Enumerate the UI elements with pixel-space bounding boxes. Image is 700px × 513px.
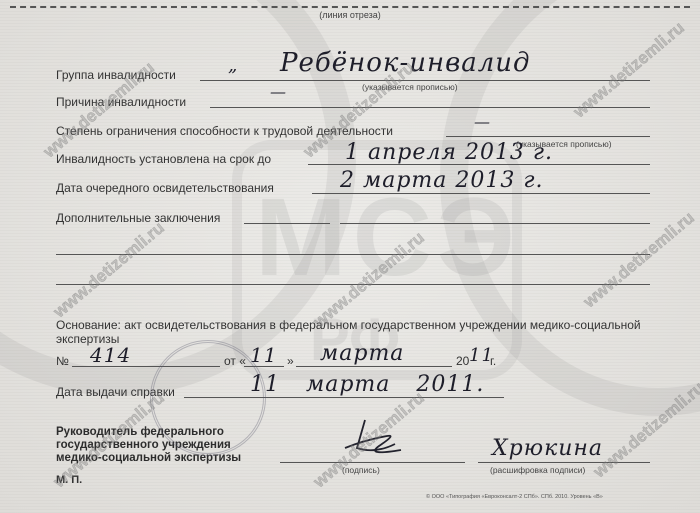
basis-year-printed: 20 [456, 354, 469, 368]
cut-line-label: (линия отреза) [0, 10, 700, 20]
field-line [56, 254, 650, 255]
field-line [340, 223, 650, 224]
cut-line [10, 6, 690, 8]
head-name-value: Хрюкина [492, 436, 603, 461]
disability-group-label: Группа инвалидности [56, 68, 176, 82]
basis-day-close: » [287, 354, 294, 368]
issue-date-value: 11 марта 2011. [250, 372, 484, 397]
disability-until-label: Инвалидность установлена на срок до [56, 152, 271, 166]
next-exam-label: Дата очередного освидетельствования [56, 181, 274, 195]
next-exam-value: 2 марта 2013 г. [340, 168, 544, 193]
certificate-paper: МСЭ РФ (линия отреза) Группа инвалидност… [0, 0, 700, 513]
basis-year-suffix: г. [490, 354, 496, 368]
disability-until-value: 1 апреля 2013 г. [345, 140, 553, 165]
official-stamp [150, 340, 266, 456]
site-watermark: www.detizemli.ru [310, 388, 429, 492]
field-line [446, 136, 650, 137]
basis-number-value: 414 [90, 343, 131, 367]
additional-conclusions-label: Дополнительные заключения [56, 211, 220, 225]
work-limitation-value: — [474, 112, 491, 131]
field-line [244, 223, 330, 224]
disability-group-prefix: „ [228, 55, 238, 76]
field-line [312, 193, 650, 194]
basis-number-label: № [56, 354, 69, 368]
field-line [200, 80, 650, 81]
name-hint: (расшифровка подписи) [490, 465, 585, 475]
disability-cause-value: — [270, 82, 287, 101]
printer-imprint: © ООО «Типография «Евроконсалт-2 СПб». С… [426, 494, 603, 500]
signature-line [280, 462, 465, 463]
basis-month-value: марта [320, 341, 404, 366]
field-line [296, 366, 452, 367]
